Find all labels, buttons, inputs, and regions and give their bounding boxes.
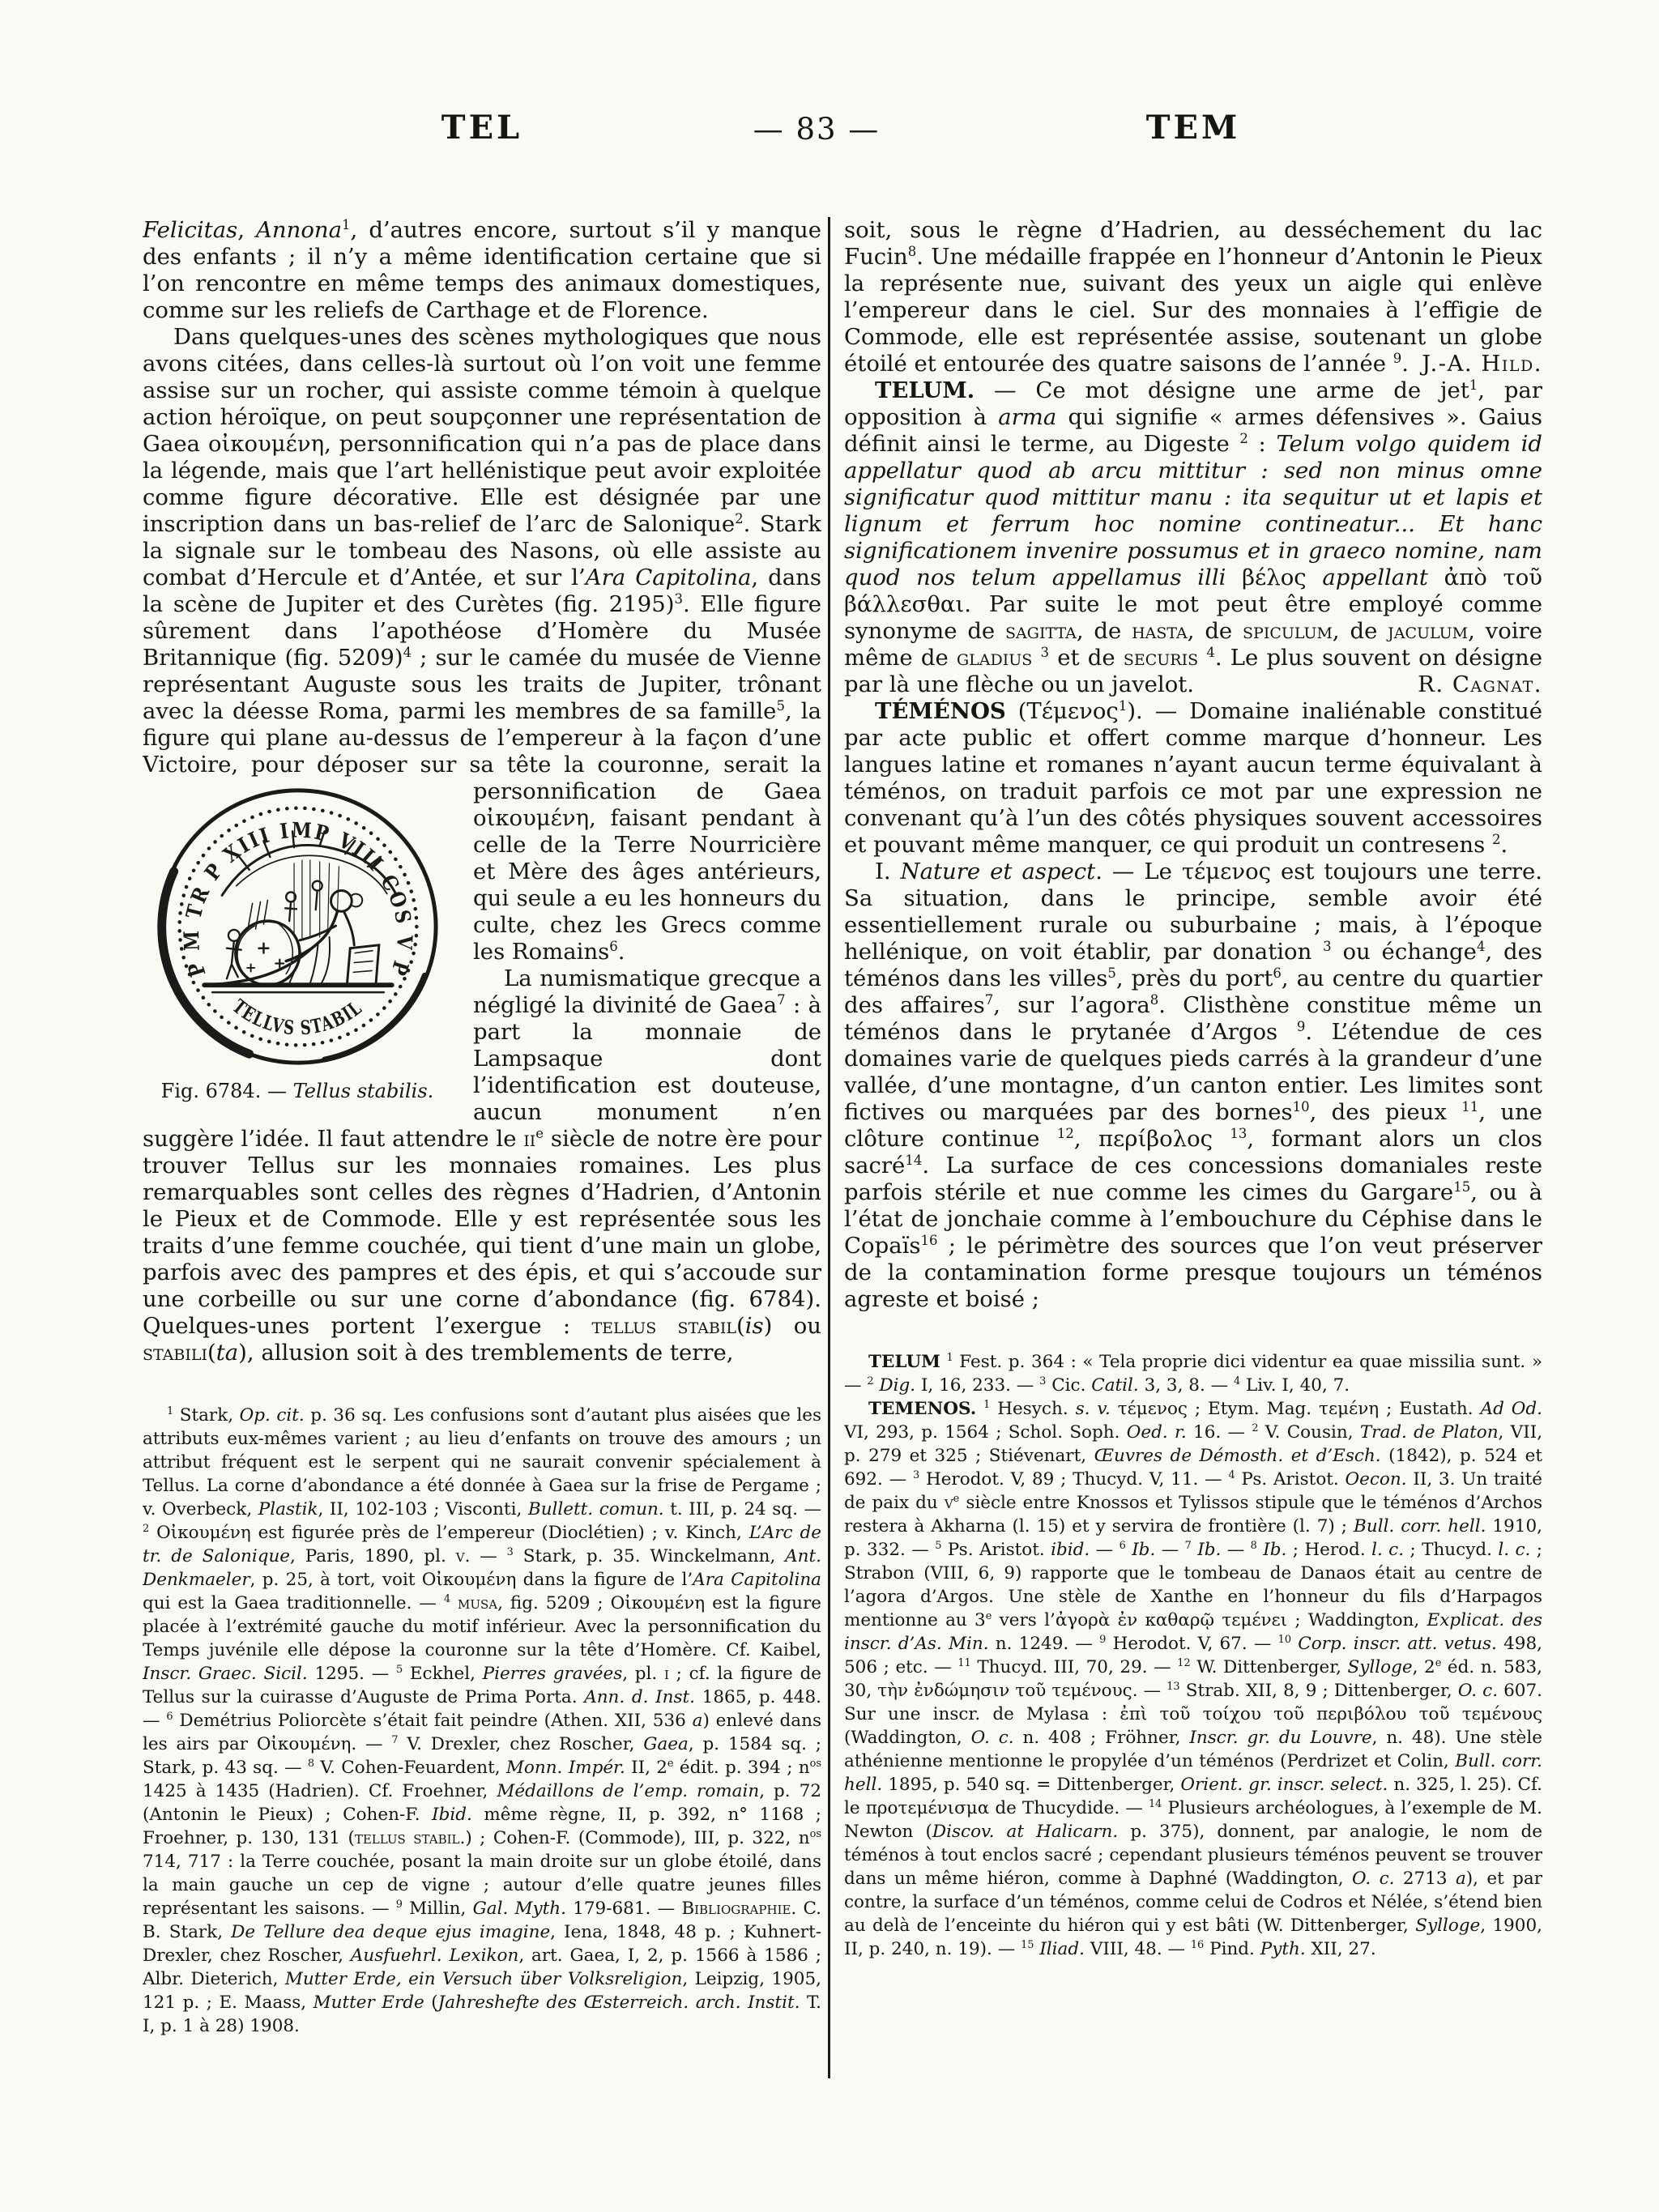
footnote-block-temenos: TEMENOS. 1 Hesych. s. v. τέμενος ; Etym.… <box>844 1397 1542 1961</box>
paragraph-gaea-part2: couronne, serait la personnification de … <box>473 752 821 965</box>
figure-tellus-coin: P M TR P XIII IMP VIII COS V P P TELLVS … <box>143 783 452 1102</box>
entry-telum-text: TELUM. — Ce mot désigne une arme de jet1… <box>844 377 1542 697</box>
cippus-seat <box>347 945 379 985</box>
coin-exergue: TELLVS STABIL <box>228 995 367 1039</box>
footnotes-right: TELUM 1 Fest. p. 364 : « Tela proprie di… <box>844 1350 1542 1961</box>
coin-engraving: P M TR P XIII IMP VIII COS V P P TELLVS … <box>153 783 441 1072</box>
scanned-dictionary-page: TEL — 83 — TEM Felicitas, Annona1, d’aut… <box>0 0 1659 2212</box>
paragraph-hadrien: soit, sous le règne d’Hadrien, au desséc… <box>844 217 1542 377</box>
header-keyword-right: TEM <box>844 109 1542 147</box>
footnote-block-tellus: 1 Stark, Op. cit. p. 36 sq. Les confusio… <box>143 1404 821 2038</box>
right-column: soit, sous le règne d’Hadrien, au desséc… <box>844 217 1542 2206</box>
entry-telum: TELUM. — Ce mot désigne une arme de jet1… <box>844 377 1542 698</box>
author-signature-hild: J.-A. Hild. <box>1422 351 1542 377</box>
svg-text:TELLVS STABIL: TELLVS STABIL <box>228 995 367 1039</box>
background-figures <box>227 881 322 979</box>
figure-caption-title: Tellus stabilis. <box>293 1080 434 1102</box>
paragraph-gaea-part1: Dans quelques-unes des scènes mythologiq… <box>143 324 821 778</box>
paragraph-felicitas: Felicitas, Annona1, d’autres encore, sur… <box>143 217 821 324</box>
column-divider-rule <box>828 217 830 2078</box>
star-icon <box>259 944 269 953</box>
star-icon <box>275 960 284 968</box>
footnote-block-telum: TELUM 1 Fest. p. 364 : « Tela proprie di… <box>844 1350 1542 1397</box>
footnotes-left: 1 Stark, Op. cit. p. 36 sq. Les confusio… <box>143 1404 821 2038</box>
figure-caption: Fig. 6784. — Tellus stabilis. <box>143 1080 452 1102</box>
paragraph-gaea: Dans quelques-unes des scènes mythologiq… <box>143 324 821 965</box>
figure-caption-number: Fig. 6784. — <box>161 1080 293 1102</box>
author-signature-cagnat: R. Cagnat. <box>1418 671 1542 698</box>
section-nature-et-aspect: I. Nature et aspect. — Le τέμενος est to… <box>844 859 1542 1313</box>
entry-temenos: TÉMÉNOS (Τέμενος1). — Domaine inaliénabl… <box>844 698 1542 859</box>
star-icon <box>247 964 254 971</box>
left-column: Felicitas, Annona1, d’autres encore, sur… <box>143 217 821 2206</box>
